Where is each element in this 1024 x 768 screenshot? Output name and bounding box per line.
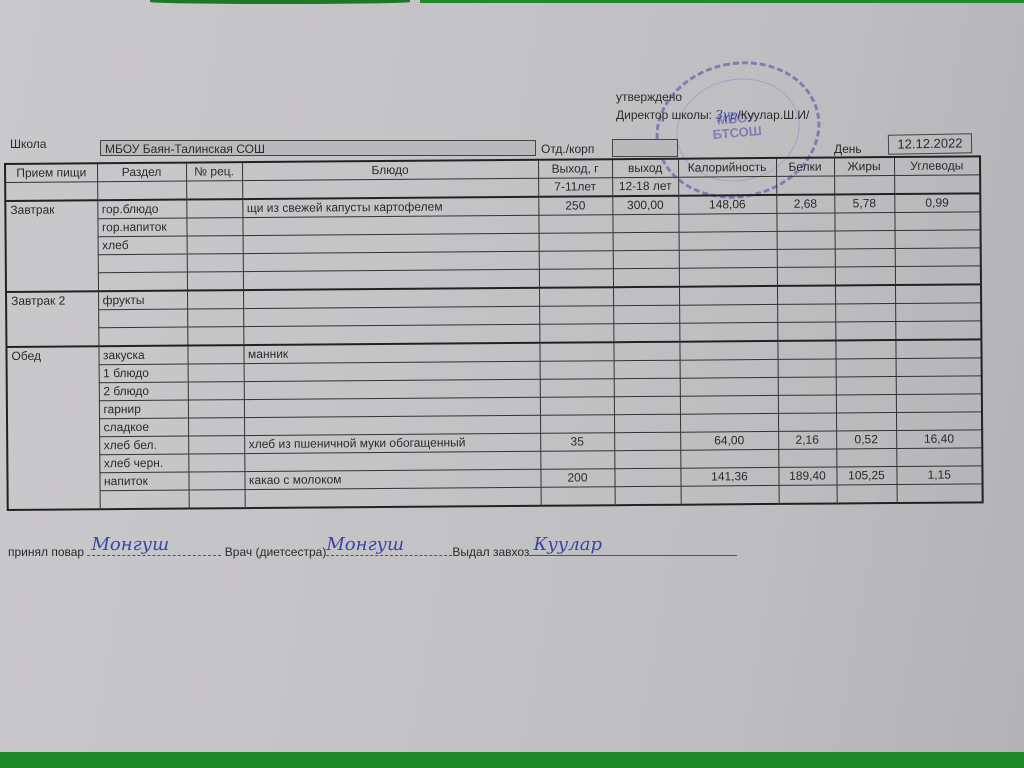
fat-cell (835, 249, 895, 267)
yield-12-18-cell (614, 396, 680, 415)
protein-cell (778, 395, 836, 413)
dish-cell (244, 379, 540, 399)
protein-cell (778, 377, 836, 395)
section-cell: гор.напиток (97, 218, 186, 237)
protein-cell: 189,40 (778, 467, 836, 485)
calories-cell (679, 304, 777, 323)
yield-7-11-cell (540, 379, 614, 398)
yield-7-11-cell (540, 451, 614, 470)
fat-cell (836, 413, 896, 431)
dish-cell: какао с молоком (244, 469, 540, 489)
carbs-cell (897, 484, 983, 503)
section-cell: хлеб бел. (99, 436, 188, 455)
recipe-cell (188, 472, 244, 490)
fat-cell (834, 213, 894, 231)
column-header: Углеводы (894, 156, 980, 175)
dish-cell (243, 269, 539, 290)
carbs-cell (895, 303, 981, 322)
yield-7-11-cell (538, 215, 612, 234)
yield-12-18-cell (613, 268, 679, 287)
fat-cell (835, 231, 895, 249)
yield-12-18-cell (614, 414, 680, 433)
yield-12-18-cell (614, 468, 680, 487)
dish-cell (243, 306, 539, 326)
section-cell (100, 490, 189, 509)
column-subheader (5, 182, 97, 201)
protein-cell (777, 249, 835, 267)
dish-cell: манник (243, 343, 539, 364)
dish-cell (243, 324, 539, 345)
carbs-cell (895, 230, 981, 249)
section-cell: хлеб (98, 236, 187, 255)
protein-cell (777, 231, 835, 249)
protein-cell (778, 449, 836, 467)
calories-cell (679, 341, 777, 360)
cook-label: принял повар (8, 545, 84, 559)
dish-cell (244, 361, 540, 381)
signatures-footer: принял повар Монгуш Врач (диетсестра) Мо… (8, 543, 737, 559)
doctor-signature-line: Монгуш (326, 543, 452, 556)
recipe-cell (187, 290, 243, 309)
recipe-cell (188, 454, 244, 472)
yield-12-18-cell (614, 450, 680, 469)
carbs-cell (896, 412, 982, 431)
recipe-cell (189, 490, 245, 509)
director-name: /Куулар.Ш.И/ (737, 108, 809, 122)
column-header: Прием пищи (5, 163, 97, 182)
yield-12-18-cell (613, 342, 679, 361)
yield-12-18-cell (613, 232, 679, 251)
protein-cell (778, 359, 836, 377)
dish-cell (244, 415, 540, 435)
menu-table: Прием пищиРаздел№ рец.БлюдоВыход, гвыход… (4, 155, 984, 511)
column-header: Раздел (97, 163, 186, 182)
fat-cell (835, 304, 895, 322)
yield-12-18-cell (613, 250, 679, 269)
school-label: Школа (10, 137, 46, 151)
section-cell: 2 блюдо (99, 382, 188, 401)
calories-cell (680, 377, 778, 396)
director-label: Директор школы: (616, 108, 712, 122)
column-header: Калорийность (678, 158, 776, 177)
recipe-cell (188, 382, 244, 400)
recipe-cell (187, 345, 243, 364)
carbs-cell: 16,40 (896, 430, 982, 449)
carbs-cell (895, 266, 981, 285)
column-subheader (894, 175, 980, 194)
meal-cell: Завтрак (5, 200, 98, 292)
yield-7-11-cell: 35 (540, 433, 614, 452)
dish-cell: хлеб из пшеничной муки обогащенный (244, 433, 540, 453)
calories-cell: 141,36 (680, 467, 778, 486)
yield-7-11-cell (539, 324, 613, 343)
section-cell: сладкое (99, 418, 188, 437)
day-field[interactable]: 12.12.2022 (888, 133, 972, 154)
fat-cell (836, 359, 896, 377)
yield-7-11-cell (540, 397, 614, 416)
protein-cell (777, 267, 835, 286)
recipe-cell (187, 272, 243, 291)
yield-7-11-cell (540, 415, 614, 434)
recipe-cell (188, 418, 244, 436)
yield-7-11-cell (539, 251, 613, 270)
calories-cell (679, 231, 777, 250)
protein-cell (776, 213, 834, 231)
director-signature: Ҙүр (715, 108, 737, 122)
fat-cell (835, 267, 895, 286)
calories-cell (681, 485, 779, 504)
director-line: Директор школы: Ҙүр/Куулар.Ш.И/ (616, 106, 809, 124)
background-surface (150, 0, 410, 4)
protein-cell (778, 413, 836, 431)
fat-cell (835, 285, 895, 304)
calories-cell: 148,06 (678, 195, 776, 214)
dish-cell: щи из свежей капусты картофелем (242, 197, 538, 218)
carbs-cell (895, 339, 981, 358)
table-body: Завтракгор.блюдощи из свежей капусты кар… (5, 193, 982, 510)
column-header: Белки (776, 157, 834, 176)
yield-7-11-cell (539, 233, 613, 252)
section-cell (98, 309, 187, 328)
fat-cell (836, 395, 896, 413)
yield-12-18-cell (615, 486, 681, 505)
yield-7-11-cell (539, 306, 613, 325)
carbs-cell: 0,99 (894, 193, 980, 212)
day-label: День (834, 142, 862, 156)
section-cell: 1 блюдо (99, 364, 188, 383)
dish-cell (243, 251, 539, 271)
fat-cell: 105,25 (836, 467, 896, 485)
storekeeper-label: Выдал завхоз (452, 545, 529, 559)
section-cell: гарнир (99, 400, 188, 419)
yield-12-18-cell (613, 305, 679, 324)
school-field[interactable]: МБОУ Баян-Талинская СОШ (100, 140, 536, 156)
yield-7-11-cell (540, 361, 614, 380)
otd-label: Отд./корп (541, 142, 594, 156)
section-cell (98, 272, 187, 291)
yield-12-18-cell (614, 432, 680, 451)
column-subheader (186, 181, 242, 200)
protein-cell: 2,16 (778, 431, 836, 449)
section-cell: гор.блюдо (97, 200, 186, 219)
yield-12-18-cell (614, 360, 680, 379)
recipe-cell (188, 436, 244, 454)
meal-cell: Завтрак 2 (6, 291, 98, 347)
fat-cell (837, 484, 897, 503)
protein-cell (777, 304, 835, 322)
fat-cell (836, 449, 896, 467)
fat-cell (835, 340, 895, 359)
dish-cell (242, 215, 538, 235)
column-subheader (678, 176, 776, 195)
recipe-cell (187, 309, 243, 327)
yield-12-18-cell: 300,00 (612, 196, 678, 215)
recipe-cell (187, 254, 243, 272)
cook-signature: Монгуш (91, 535, 169, 555)
column-subheader (834, 176, 894, 195)
doctor-signature: Монгуш (326, 535, 404, 555)
column-header: Выход, г (538, 159, 612, 178)
fat-cell (835, 322, 895, 341)
protein-cell (777, 340, 835, 359)
calories-cell: 64,00 (680, 431, 778, 450)
cook-signature-line: Монгуш (87, 543, 221, 556)
yield-7-11-cell: 250 (538, 196, 612, 215)
yield-7-11-cell (541, 487, 615, 506)
carbs-cell (896, 358, 982, 377)
fat-cell: 0,52 (836, 431, 896, 449)
carbs-cell: 1,15 (896, 466, 982, 485)
column-header: Блюдо (242, 160, 538, 181)
column-subheader: 7-11лет (538, 178, 612, 197)
yield-7-11-cell (539, 342, 613, 361)
carbs-cell (895, 321, 981, 340)
fat-cell: 5,78 (834, 194, 894, 213)
dish-cell (244, 397, 540, 417)
dish-cell (244, 451, 540, 471)
carbs-cell (896, 376, 982, 395)
yield-12-18-cell (614, 378, 680, 397)
recipe-cell (186, 218, 242, 236)
column-header: № рец. (186, 162, 242, 181)
column-subheader: 12-18 лет (612, 177, 678, 196)
yield-12-18-cell (613, 287, 679, 306)
storekeeper-signature-line: Куулар (529, 543, 737, 556)
carbs-cell (895, 284, 981, 303)
yield-12-18-cell (613, 323, 679, 342)
meal-cell: Обед (6, 346, 99, 510)
protein-cell (777, 322, 835, 341)
calories-cell (680, 413, 778, 432)
calories-cell (679, 267, 777, 286)
calories-cell (680, 449, 778, 468)
column-subheader (242, 178, 538, 199)
yield-12-18-cell (612, 214, 678, 233)
calories-cell (680, 359, 778, 378)
section-cell: закуска (98, 346, 187, 365)
calories-cell (679, 322, 777, 341)
carbs-cell (895, 248, 981, 267)
protein-cell (777, 285, 835, 304)
recipe-cell (187, 236, 243, 254)
yield-7-11-cell (539, 269, 613, 288)
section-cell (98, 327, 187, 346)
column-subheader (97, 181, 186, 200)
column-subheader (776, 176, 834, 195)
doctor-label: Врач (диетсестра) (225, 545, 327, 559)
approved-label: утверждено (616, 88, 809, 106)
carbs-cell (896, 394, 982, 413)
dish-cell (243, 233, 539, 253)
approval-block: утверждено Директор школы: Ҙүр/Куулар.Ш.… (616, 88, 809, 124)
carbs-cell (896, 448, 982, 467)
recipe-cell (188, 400, 244, 418)
calories-cell (678, 213, 776, 232)
protein-cell (779, 485, 837, 504)
carbs-cell (894, 212, 980, 231)
yield-7-11-cell: 200 (540, 469, 614, 488)
section-cell: хлеб черн. (99, 454, 188, 473)
calories-cell (679, 286, 777, 305)
dish-cell (243, 288, 539, 309)
recipe-cell (187, 327, 243, 346)
protein-cell: 2,68 (776, 194, 834, 213)
dish-cell (245, 487, 541, 508)
section-cell: напиток (99, 472, 188, 491)
calories-cell (679, 249, 777, 268)
column-header: Жиры (834, 157, 894, 176)
section-cell (98, 254, 187, 273)
recipe-cell (188, 364, 244, 382)
storekeeper-signature: Куулар (533, 535, 602, 555)
column-header: выход (612, 159, 678, 178)
otd-field[interactable] (612, 139, 678, 157)
yield-7-11-cell (539, 287, 613, 306)
fat-cell (836, 377, 896, 395)
calories-cell (680, 395, 778, 414)
recipe-cell (186, 199, 242, 218)
section-cell: фрукты (98, 291, 187, 310)
